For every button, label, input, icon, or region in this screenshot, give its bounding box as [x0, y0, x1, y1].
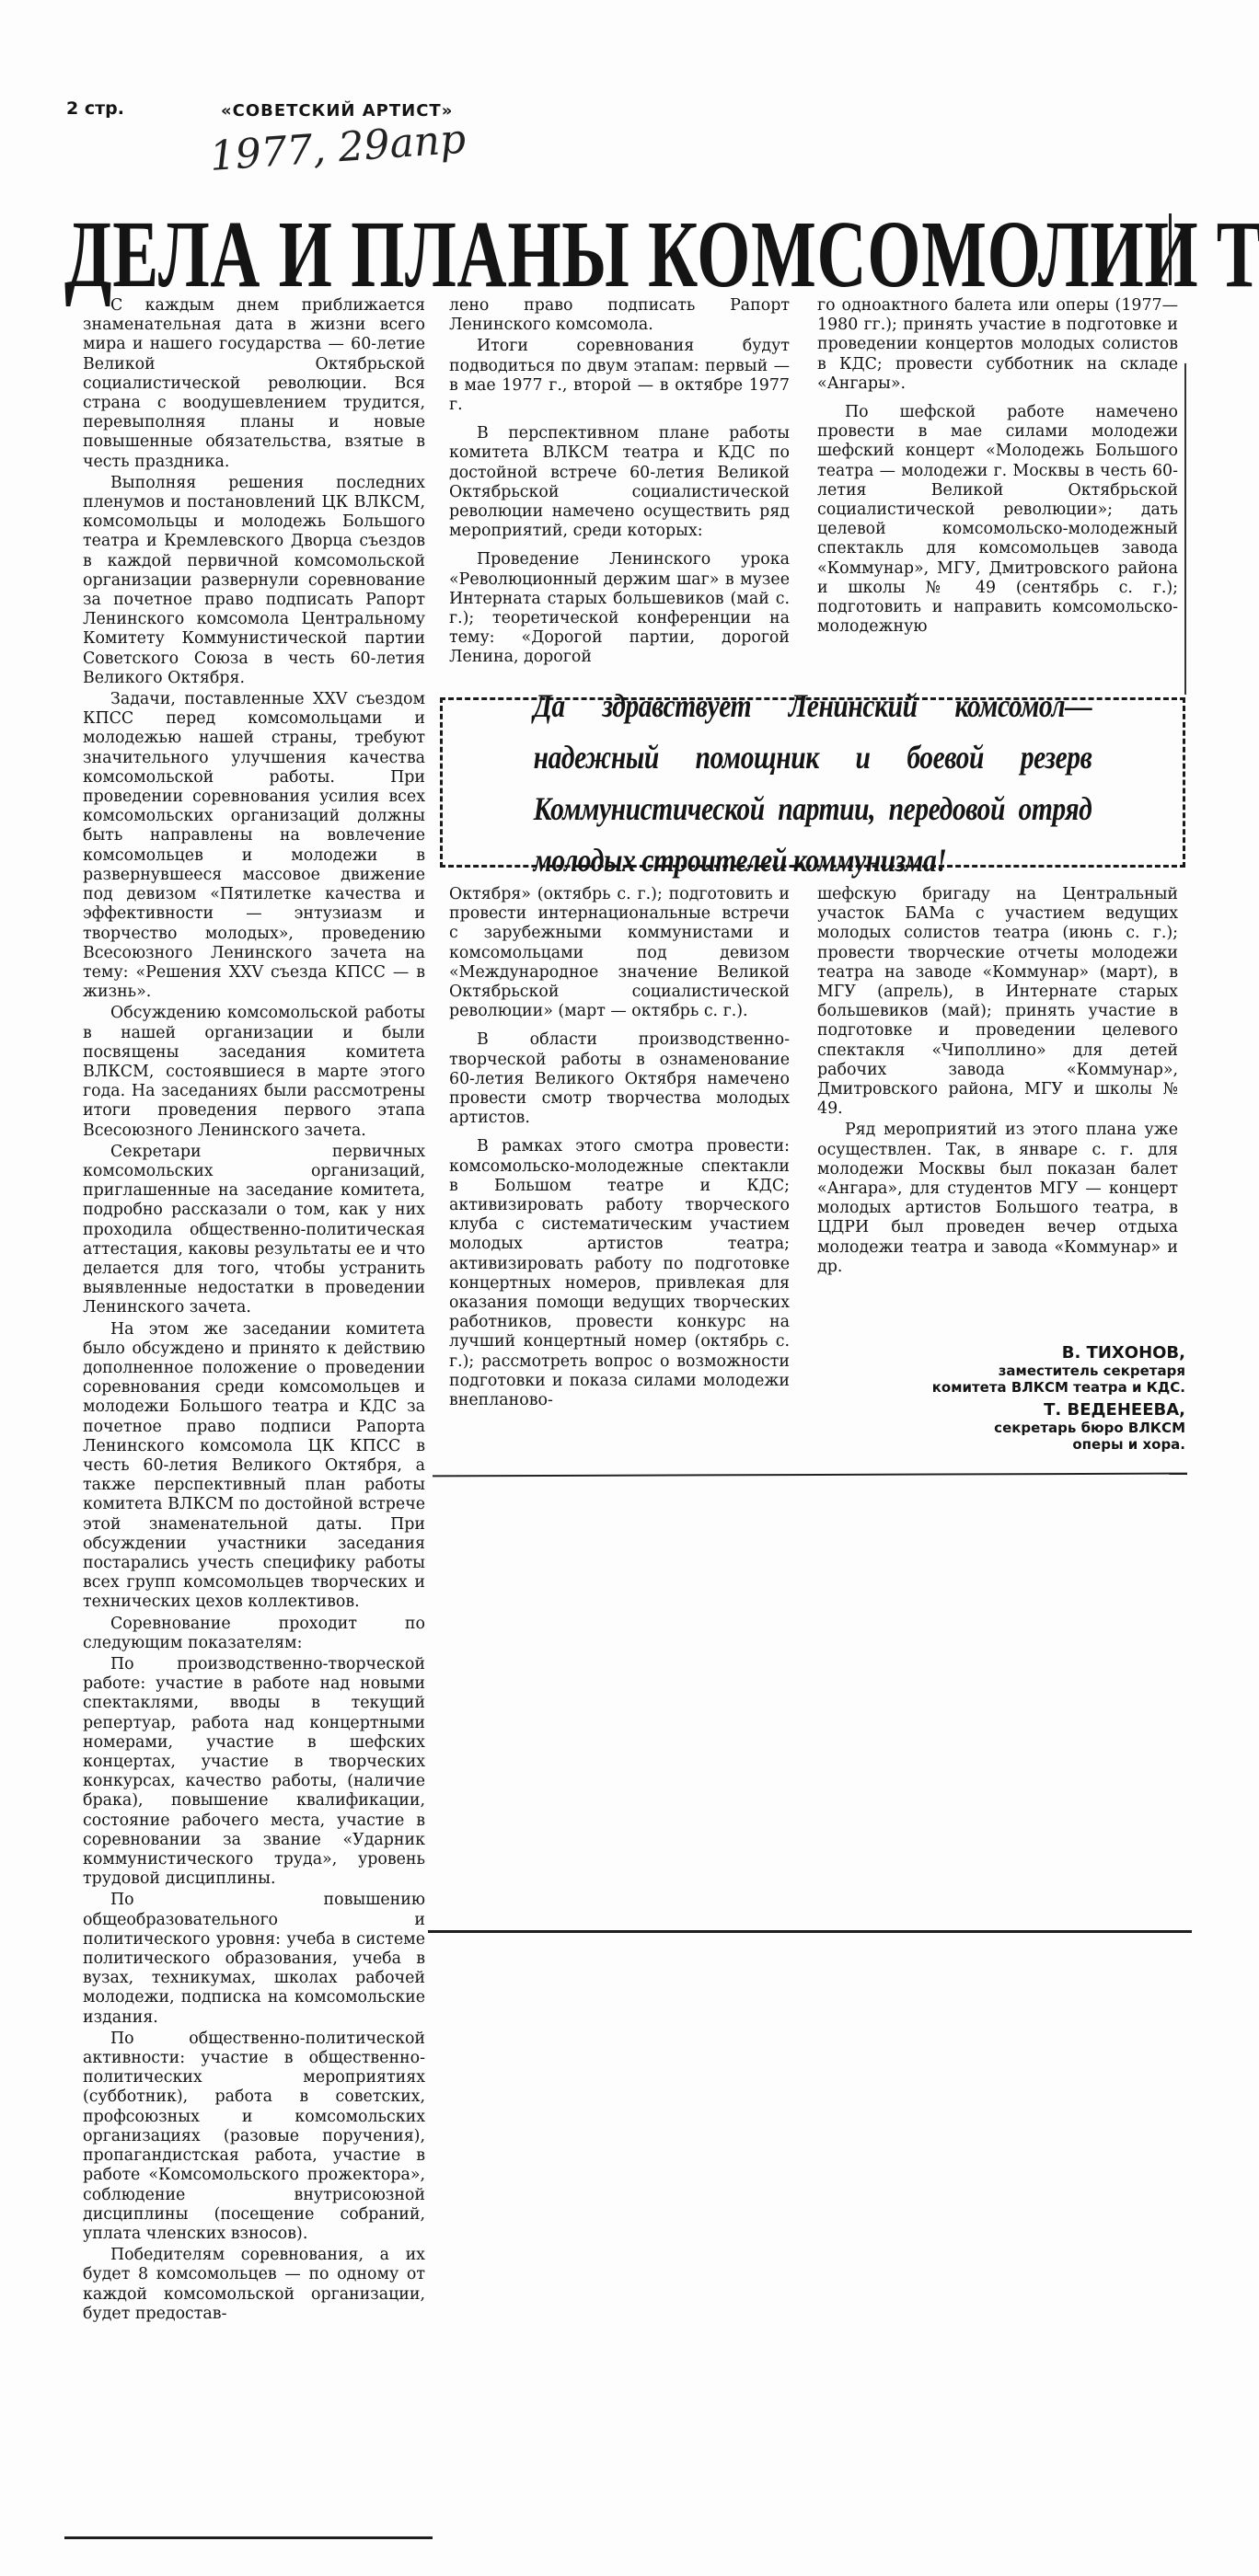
column-rule: [1184, 363, 1186, 695]
paragraph: Ряд мероприятий из этого плана уже осуще…: [817, 1121, 1178, 1277]
newspaper-title: «СОВЕТСКИЙ АРТИСТ»: [221, 101, 453, 121]
paragraph: Проведение Ленинского урока «Революционн…: [449, 550, 790, 667]
column-left: С каждым днем приближается знаменательна…: [83, 296, 425, 2326]
signature-role: оперы и хора.: [994, 1436, 1185, 1453]
paragraph: По общественно-политической активности: …: [83, 2030, 425, 2244]
paragraph: В перспективном плане работы комитета ВЛ…: [449, 424, 790, 541]
paragraph: По шефской работе намечено провести в ма…: [817, 403, 1178, 637]
section-rule: [433, 1473, 1187, 1478]
page-number: 2 стр.: [66, 98, 124, 119]
article-headline: ДЕЛА И ПЛАНЫ КОМСОМОЛИИ ТЕАТРА: [64, 204, 880, 305]
column-middle-top: лено право подписать Рапорт Ленинского к…: [449, 296, 790, 670]
paragraph: Обсуждению комсомольской работы в нашей …: [83, 1004, 425, 1140]
paragraph: лено право подписать Рапорт Ленинского к…: [449, 296, 790, 335]
slogan-box: Да здравствует Ленинский комсомол—надежн…: [440, 697, 1185, 868]
signature-name: Т. ВЕДЕНЕЕВА,: [994, 1400, 1185, 1420]
paragraph: го одноактного балета или оперы (1977—19…: [817, 296, 1178, 394]
section-rule: [428, 1930, 1192, 1933]
signature-role: заместитель секретаря: [932, 1363, 1185, 1379]
paragraph: шефскую бригаду на Центральный участок Б…: [817, 885, 1178, 1119]
signature-block-1: В. ТИХОНОВ, заместитель секретаря комите…: [932, 1343, 1185, 1396]
paragraph: В области производственно-творческой раб…: [449, 1030, 790, 1128]
section-rule: [64, 2536, 433, 2539]
signature-role: секретарь бюро ВЛКСМ: [994, 1420, 1185, 1436]
paragraph: Секретари первичных комсомольских органи…: [83, 1143, 425, 1318]
column-right-bottom: шефскую бригаду на Центральный участок Б…: [817, 885, 1178, 1279]
paragraph: По производственно-творческой работе: уч…: [83, 1655, 425, 1889]
paragraph: По повышению общеобразовательного и поли…: [83, 1891, 425, 2027]
signature-name: В. ТИХОНОВ,: [932, 1343, 1185, 1363]
paragraph: Задачи, поставленные XXV съездом КПСС пе…: [83, 690, 425, 1002]
paragraph: Победителям соревнования, а их будет 8 к…: [83, 2246, 425, 2324]
signature-block-2: Т. ВЕДЕНЕЕВА, секретарь бюро ВЛКСМ оперы…: [994, 1400, 1185, 1453]
headline-rule: [1169, 213, 1172, 285]
slogan-text: Да здравствует Ленинский комсомол—надежн…: [534, 680, 1092, 886]
column-middle-bottom: Октября» (октябрь с. г.); подготовить и …: [449, 885, 790, 1412]
paragraph: На этом же заседании комитета было обсуж…: [83, 1320, 425, 1613]
signature-role: комитета ВЛКСМ театра и КДС.: [932, 1379, 1185, 1396]
paragraph: Соревнование проходит по следующим показ…: [83, 1615, 425, 1653]
paragraph: Выполняя решения последних пленумов и по…: [83, 474, 425, 688]
paragraph: В рамках этого смотра провести: комсомол…: [449, 1137, 790, 1410]
paragraph: Итоги соревнования будут подводиться по …: [449, 337, 790, 415]
handwritten-date: 1977, 29апр: [208, 116, 468, 180]
paragraph: С каждым днем приближается знаменательна…: [83, 296, 425, 472]
column-right-top: го одноактного балета или оперы (1977—19…: [817, 296, 1178, 638]
paragraph: Октября» (октябрь с. г.); подготовить и …: [449, 885, 790, 1021]
